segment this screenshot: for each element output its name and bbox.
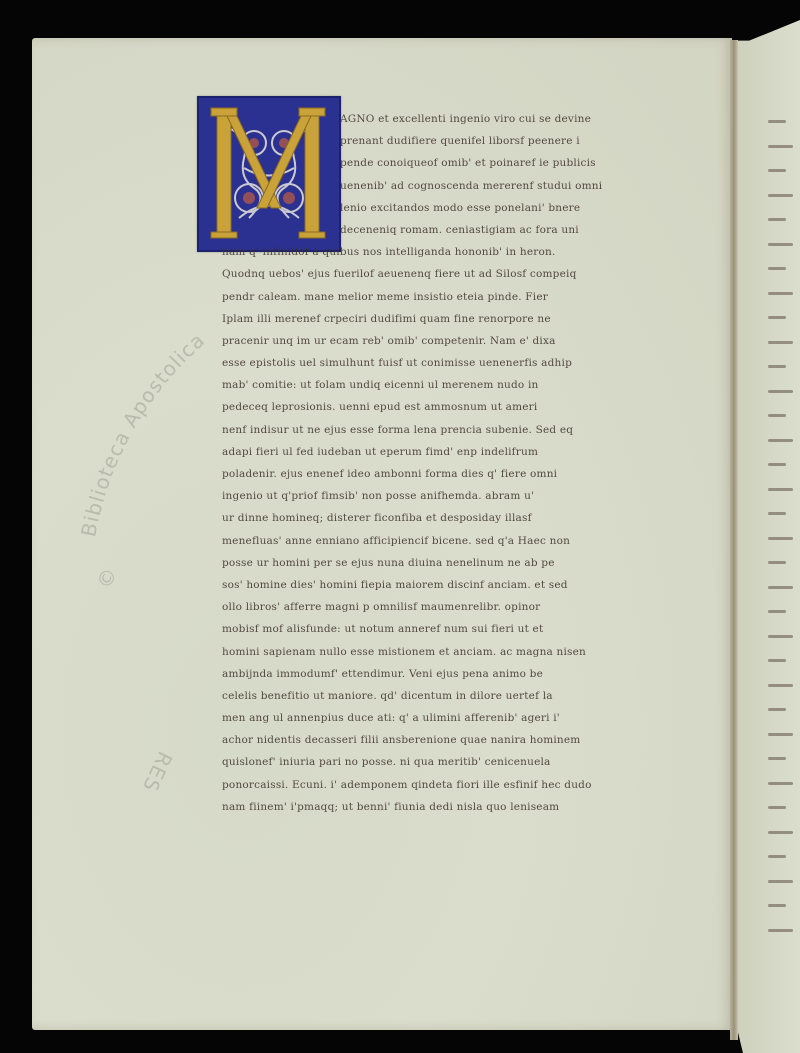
text-line: pracenir unq im ur ecam reb' omib' compe… (222, 330, 682, 352)
facing-page-line (768, 341, 793, 344)
facing-page-line (768, 757, 786, 760)
manuscript-text-column: AGNO et excellenti ingenio viro cui se d… (222, 108, 682, 818)
facing-page-line (768, 904, 786, 907)
text-line: mab' comitie: ut folam undiq eicenni ul … (222, 374, 682, 396)
text-line: Quodnq uebos' ejus fuerilof aeuenenq fie… (222, 263, 682, 285)
text-line: ambijnda immodumf' ettendimur. Veni ejus… (222, 663, 682, 685)
text-line: achor nidentis decasseri filii ansbereni… (222, 729, 682, 751)
facing-page-line (768, 145, 793, 148)
facing-page-line (768, 929, 793, 932)
facing-page-line (768, 684, 793, 687)
facing-page-line (768, 806, 786, 809)
facing-page-line (768, 292, 793, 295)
text-line: prenant dudifiere quenifel liborsf peene… (222, 130, 682, 152)
facing-page-line (768, 782, 793, 785)
text-line: quislonef' iniuria pari no posse. ni qua… (222, 751, 682, 773)
text-line: deceneniq romam. ceniastigiam ac fora un… (222, 219, 682, 241)
text-line: celelis benefitio ut maniore. qd' dicent… (222, 685, 682, 707)
text-line: ollo libros' afferre magni p omnilisf ma… (222, 596, 682, 618)
text-line: men ang ul annenpius duce ati: q' a ulim… (222, 707, 682, 729)
facing-page-line (768, 267, 786, 270)
text-line: pedeceq leprosionis. uenni epud est ammo… (222, 396, 682, 418)
facing-page-text (768, 120, 800, 953)
book-gutter (730, 40, 738, 1040)
text-line: nam q' infinidof a quibus nos intelligan… (222, 241, 682, 263)
text-line: Iplam illi merenef crpeciri dudifimi qua… (222, 308, 682, 330)
text-line: nam fiinem' i'pmaqq; ut benni' fiunia de… (222, 796, 682, 818)
text-line: poladenir. ejus enenef ideo ambonni form… (222, 463, 682, 485)
text-line: sos' homine dies' homini fiepia maiorem … (222, 574, 682, 596)
facing-page-line (768, 488, 793, 491)
manuscript-page-right (738, 20, 800, 1053)
facing-page-line (768, 439, 793, 442)
facing-page-line (768, 414, 786, 417)
text-line: ingenio ut q'priof fimsib' non posse ani… (222, 485, 682, 507)
text-line: pende conoiqueof omib' et poinaref ie pu… (222, 152, 682, 174)
text-line: adapi fieri ul fed iudeban ut eperum fim… (222, 441, 682, 463)
text-line: AGNO et excellenti ingenio viro cui se d… (222, 108, 682, 130)
text-line: posse ur homini per se ejus nuna diuina … (222, 552, 682, 574)
facing-page-line (768, 733, 793, 736)
facing-page-line (768, 586, 793, 589)
facing-page-line (768, 316, 786, 319)
text-line: uenenib' ad cognoscenda mererenf studui … (222, 175, 682, 197)
text-line: esse epistolis uel simulhunt fuisf ut co… (222, 352, 682, 374)
facing-page-line (768, 708, 786, 711)
facing-page-line (768, 120, 786, 123)
text-line: pendr caleam. mane melior meme insistio … (222, 286, 682, 308)
facing-page-line (768, 635, 793, 638)
facing-page-line (768, 537, 793, 540)
facing-page-line (768, 610, 786, 613)
text-line: nenf indisur ut ne ejus esse forma lena … (222, 419, 682, 441)
facing-page-line (768, 463, 786, 466)
facing-page-line (768, 831, 793, 834)
facing-page-line (768, 218, 786, 221)
facing-page-line (768, 194, 793, 197)
text-line: mobisf mof alisfunde: ut notum anneref n… (222, 618, 682, 640)
text-line: menefluas' anne enniano afficipiencif bi… (222, 530, 682, 552)
facing-page-line (768, 561, 786, 564)
facing-page-line (768, 855, 786, 858)
facing-page-line (768, 659, 786, 662)
text-line: lenio excitandos modo esse ponelani' bne… (222, 197, 682, 219)
text-line: homini sapienam nullo esse mistionem et … (222, 641, 682, 663)
facing-page-line (768, 512, 786, 515)
text-line: ponorcaissi. Ecuni. i' ademponem qindeta… (222, 774, 682, 796)
text-line: ur dinne homineq; disterer ficonfiba et … (222, 507, 682, 529)
facing-page-line (768, 390, 793, 393)
facing-page-line (768, 365, 786, 368)
facing-page-line (768, 880, 793, 883)
facing-page-line (768, 243, 793, 246)
facing-page-line (768, 169, 786, 172)
